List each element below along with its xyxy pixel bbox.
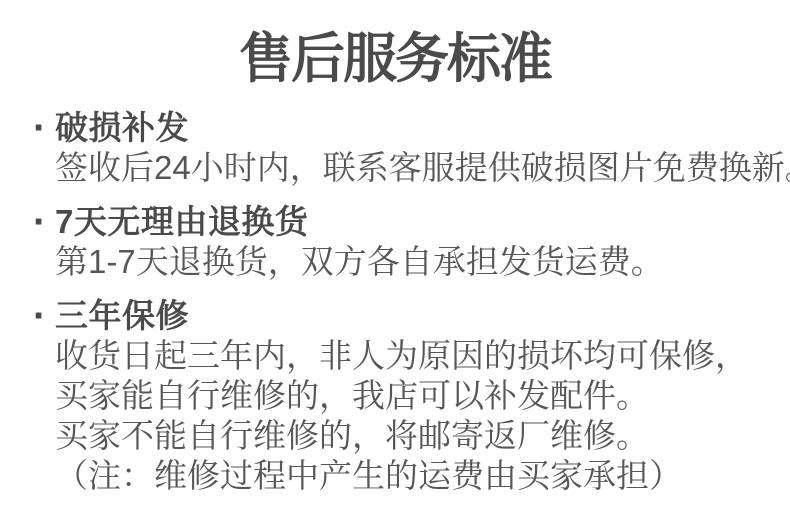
section-heading-row: · 破损补发 <box>33 108 780 148</box>
bullet-icon: · <box>33 202 55 242</box>
bullet-icon: · <box>33 108 55 148</box>
section-body: 收货日起三年内，非人为原因的损坏均可保修，买家能自行维修的，我店可以补发配件。买… <box>33 336 780 496</box>
service-sections: · 破损补发 签收后24小时内，联系客服提供破损图片免费换新。 · 7天无理由退… <box>0 108 790 496</box>
section-line: （注：维修过程中产生的运费由买家承担） <box>55 456 780 496</box>
section-line: 收货日起三年内，非人为原因的损坏均可保修， <box>55 336 780 376</box>
section-line: 第1-7天退换货，双方各自承担发货运费。 <box>55 242 780 282</box>
section-heading: 三年保修 <box>55 296 189 336</box>
section-heading-row: · 三年保修 <box>33 296 780 336</box>
section-line: 签收后24小时内，联系客服提供破损图片免费换新。 <box>55 148 780 188</box>
service-section: · 破损补发 签收后24小时内，联系客服提供破损图片免费换新。 <box>33 108 780 188</box>
section-line: 买家不能自行维修的，将邮寄返厂维修。 <box>55 416 780 456</box>
service-section: · 7天无理由退换货 第1-7天退换货，双方各自承担发货运费。 <box>33 202 780 282</box>
service-section: · 三年保修 收货日起三年内，非人为原因的损坏均可保修，买家能自行维修的，我店可… <box>33 296 780 496</box>
section-heading: 7天无理由退换货 <box>55 202 308 242</box>
section-line: 买家能自行维修的，我店可以补发配件。 <box>55 376 780 416</box>
after-sales-service-card: 售后服务标准 · 破损补发 签收后24小时内，联系客服提供破损图片免费换新。 ·… <box>0 0 790 509</box>
page-title: 售后服务标准 <box>0 26 790 92</box>
section-body: 第1-7天退换货，双方各自承担发货运费。 <box>33 242 780 282</box>
section-body: 签收后24小时内，联系客服提供破损图片免费换新。 <box>33 148 780 188</box>
section-heading-row: · 7天无理由退换货 <box>33 202 780 242</box>
bullet-icon: · <box>33 296 55 336</box>
section-heading: 破损补发 <box>55 108 189 148</box>
